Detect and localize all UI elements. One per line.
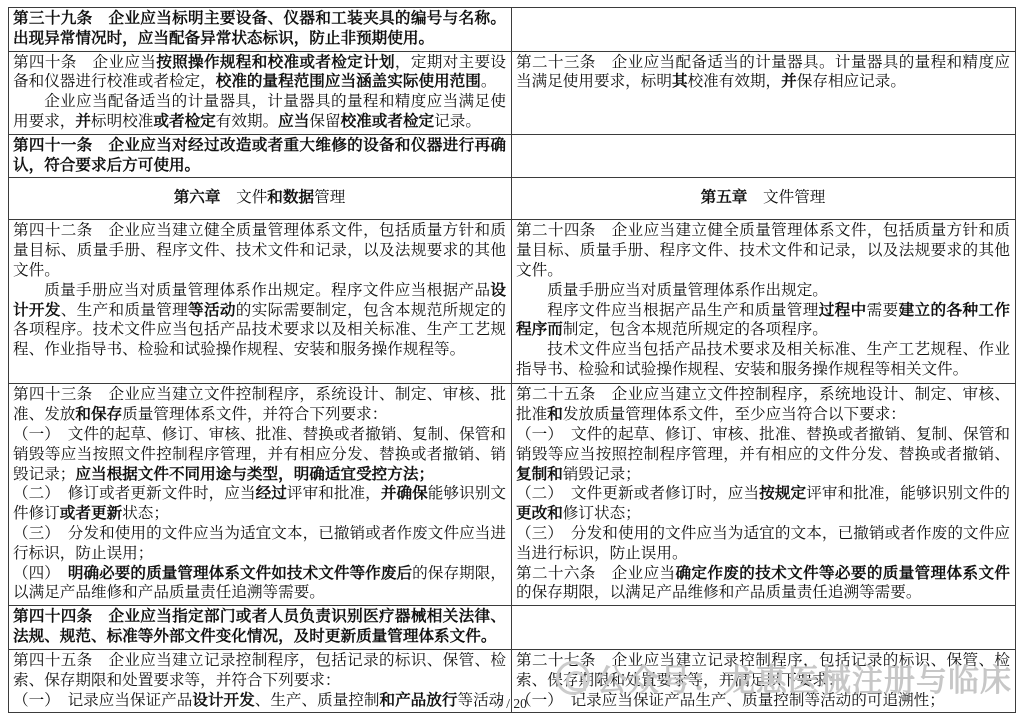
page-number: 7 / 20 [0,696,1023,712]
changed-text: 第三十九条 企业应当标明主要设备、仪器和工装夹具的编号与名称。出现异常情况时，应… [13,10,506,47]
changed-text: 等活动 [188,302,236,319]
table-row: 第四十四条 企业应当指定部门或者人员负责识别医疗器械相关法律、法规、规范、标准等… [9,606,1016,650]
text: 校准有效期， [688,73,782,90]
table-row: 第三十九条 企业应当标明主要设备、仪器和工装夹具的编号与名称。出现异常情况时，应… [9,8,1016,52]
paragraph: 质量手册应当对质量管理体系作出规定。 [516,281,1010,301]
cell-left: 第四十条 企业应当按照操作规程和校准或者检定计划，定期对主要设备和仪器进行校准或… [9,51,512,134]
paragraph: （二） 文件更新或者修订时，应当按规定评审和批准，能够识别文件的更改和修订状态； [516,484,1010,524]
changed-text: 第五章 [701,189,748,206]
paragraph: 第四十条 企业应当按照操作规程和校准或者检定计划，定期对主要设备和仪器进行校准或… [13,53,506,93]
paragraph: （一） 文件的起草、修订、审核、批准、替换或者撤销、复制、保管和销毁等应当按照文… [13,425,506,484]
paragraph: 第四十三条 企业应当建立文件控制程序，系统设计、制定、审核、批准、发放和保存质量… [13,385,506,425]
text: 文件管理 [747,189,825,206]
cell-left: 第三十九条 企业应当标明主要设备、仪器和工装夹具的编号与名称。出现异常情况时，应… [9,8,512,52]
paragraph: 第二十四条 企业应当建立健全质量管理体系文件，包括质量方针和质量目标、质量手册、… [516,221,1010,280]
paragraph: 质量手册应当对质量管理体系作出规定。程序文件应当根据产品设计开发、生产和质量管理… [13,281,506,360]
text: 记录。 [434,113,481,130]
text: 管理 [314,189,345,206]
changed-text: 并 [75,113,91,130]
cell-left: 第四十三条 企业应当建立文件控制程序，系统设计、制定、审核、批准、发放和保存质量… [9,384,512,606]
cell-right: 第二十五条 企业应当建立文件控制程序，系统地设计、制定、审核、批准和发放质量管理… [512,384,1016,606]
changed-text: 和数据 [267,189,314,206]
text: 质量管理体系文件，并符合下列要求： [122,406,387,423]
chapter-title: 第五章 文件管理 [516,188,1010,208]
changed-text: 过程中 [819,302,867,319]
text: 修订状态； [563,505,641,522]
changed-text: 或者检定 [153,113,215,130]
changed-text: 和保存 [75,406,122,423]
paragraph: （三） 分发和使用的文件应当为适宜的文本，已撤销或者作废的文件应当进行标识，防止… [516,524,1010,564]
text: 质量手册应当对质量管理体系作出规定。 [547,282,828,299]
paragraph: 程序文件应当根据产品生产和质量管理过程中需要建立的各种工作程序而制定，包含本规范… [516,301,1010,341]
text: 第四十二条 企业应当建立健全质量管理体系文件，包括质量方针和质量目标、质量手册、… [13,222,506,279]
paragraph: 技术文件应当包括产品技术要求及相关标准、生产工艺规程、作业指导书、检验和试验操作… [516,340,1010,380]
cell-right [512,606,1016,650]
paragraph: （一） 文件的起草、修订、审核、批准、替换或者撤销、复制、保管和销毁等应当按照控… [516,425,1010,484]
text: 的保存期限，以满足产品维修和产品质量责任追溯等需要。 [516,584,921,601]
table-row: 第四十条 企业应当按照操作规程和校准或者检定计划，定期对主要设备和仪器进行校准或… [9,51,1016,134]
paragraph: 第四十四条 企业应当指定部门或者人员负责识别医疗器械相关法律、法规、规范、标准等… [13,607,506,647]
paragraph: 企业应当配备适当的计量器具，计量器具的量程和精度应当满足使用要求，并标明校准或者… [13,92,506,132]
comparison-table: 第三十九条 企业应当标明主要设备、仪器和工装夹具的编号与名称。出现异常情况时，应… [8,7,1016,713]
text: 发放质量管理体系文件，至少应当符合以下要求： [563,406,906,423]
changed-text: 并确保 [381,485,428,502]
table-row: 第四十三条 企业应当建立文件控制程序，系统设计、制定、审核、批准、发放和保存质量… [9,384,1016,606]
text: 质量手册应当对质量管理体系作出规定。程序文件应当根据产品 [44,282,490,299]
paragraph: 第二十七条 企业应当建立记录控制程序，包括记录的标识、保管、检索、保存期限和处置… [516,651,1010,691]
paragraph: 第四十五条 企业应当建立记录控制程序，包括记录的标识、保管、检索、保存期限和处置… [13,651,506,691]
text: 第二十六条 企业应当 [516,565,675,582]
chapter-title: 第六章 文件和数据管理 [13,188,506,208]
text: 标明校准 [91,113,153,130]
changed-text: 复制和 [516,466,563,483]
text: 程序文件应当根据产品生产和质量管理 [547,302,819,319]
text: 保存相应记录。 [797,73,906,90]
text: 文件 [221,189,268,206]
changed-text: 按照操作规程和校准或者检定计划 [156,54,395,71]
cell-right [512,8,1016,52]
cell-left: 第六章 文件和数据管理 [9,178,512,220]
paragraph: （二） 修订或者更新文件时，应当经过评审和批准，并确保能够识别文件修订或者更新状… [13,484,506,524]
changed-text: 或者更新 [60,505,122,522]
text: 第四十条 企业应当 [13,54,156,71]
text: （二） 文件更新或者修订时，应当 [516,485,759,502]
text: 第二十四条 企业应当建立健全质量管理体系文件，包括质量方针和质量目标、质量手册、… [516,222,1010,279]
text: 状态； [122,505,169,522]
text: 技术文件应当包括产品技术要求及相关标准、生产工艺规程、作业指导书、检验和试验操作… [516,341,1010,378]
changed-text: 更改和 [516,505,563,522]
changed-text: 应当 [278,113,309,130]
table-row: 第四十一条 企业应当对经过改造或者重大维修的设备和仪器进行再确认，符合要求后方可… [9,134,1016,178]
text: 制定，包含本规范所规定的各项程序。 [563,321,828,338]
text: 需要 [867,302,899,319]
changed-text: 应当根据文件不同用途与类型，明确适宜受控方法； [75,466,434,483]
paragraph: 第二十六条 企业应当确定作废的技术文件等必要的质量管理体系文件的保存期限，以满足… [516,564,1010,604]
changed-text: 和 [547,406,563,423]
text: 保留 [309,113,340,130]
changed-text: 校准或者检定 [341,113,435,130]
text: （三） 分发和使用的文件应当为适宜的文本，已撤销或者作废的文件应当进行标识，防止… [516,525,1010,562]
cell-left: 第四十四条 企业应当指定部门或者人员负责识别医疗器械相关法律、法规、规范、标准等… [9,606,512,650]
text: 第二十七条 企业应当建立记录控制程序，包括记录的标识、保管、检索、保存期限和处置… [516,652,1010,689]
paragraph: （四） 明确必要的质量管理体系文件如技术文件等作废后的保存期限，以满足产品维修和… [13,564,506,604]
text: 评审和批准，能够识别文件的 [806,485,1010,502]
cell-right: 第二十四条 企业应当建立健全质量管理体系文件，包括质量方针和质量目标、质量手册、… [512,220,1016,384]
paragraph: 第四十一条 企业应当对经过改造或者重大维修的设备和仪器进行再确认，符合要求后方可… [13,136,506,176]
comparison-table-body: 第三十九条 企业应当标明主要设备、仪器和工装夹具的编号与名称。出现异常情况时，应… [9,8,1016,713]
changed-text: 第四十四条 企业应当指定部门或者人员负责识别医疗器械相关法律、法规、规范、标准等… [13,608,506,645]
paragraph: 第二十三条 企业应当配备适当的计量器具。计量器具的量程和精度应当满足使用要求，标… [516,53,1010,93]
changed-text: 按规定 [759,485,806,502]
text: （四） [13,565,68,582]
table-row: 第四十二条 企业应当建立健全质量管理体系文件，包括质量方针和质量目标、质量手册、… [9,220,1016,384]
chapter-row: 第六章 文件和数据管理第五章 文件管理 [9,178,1016,220]
text: 、生产和质量管理 [61,302,188,319]
changed-text: 校准的量程范围应当涵盖实际使用范围 [216,73,481,90]
paragraph: 第三十九条 企业应当标明主要设备、仪器和工装夹具的编号与名称。出现异常情况时，应… [13,9,506,49]
changed-text: 确定作废的技术文件等必要的质量管理体系文件 [675,565,1010,582]
text: 第四十五条 企业应当建立记录控制程序，包括记录的标识、保管、检索、保存期限和处置… [13,652,506,689]
text: 销毁记录； [563,466,641,483]
cell-right [512,134,1016,178]
changed-text: 第四十一条 企业应当对经过改造或者重大维修的设备和仪器进行再确认，符合要求后方可… [13,137,506,174]
text: 评审和批准， [287,485,381,502]
paragraph: 第四十二条 企业应当建立健全质量管理体系文件，包括质量方针和质量目标、质量手册、… [13,221,506,280]
paragraph: 第二十五条 企业应当建立文件控制程序，系统地设计、制定、审核、批准和发放质量管理… [516,385,1010,425]
cell-left: 第四十一条 企业应当对经过改造或者重大维修的设备和仪器进行再确认，符合要求后方可… [9,134,512,178]
text: （三） 分发和使用的文件应当为适宜文本，已撤销或者作废文件应当进行标识，防止误用… [13,525,506,562]
text: （二） 修订或者更新文件时，应当 [13,485,256,502]
changed-text: 经过 [256,485,287,502]
changed-text: 其 [672,73,688,90]
cell-right: 第五章 文件管理 [512,178,1016,220]
cell-right: 第二十三条 企业应当配备适当的计量器具。计量器具的量程和精度应当满足使用要求，标… [512,51,1016,134]
text: 。 [481,73,497,90]
cell-left: 第四十二条 企业应当建立健全质量管理体系文件，包括质量方针和质量目标、质量手册、… [9,220,512,384]
changed-text: 并 [781,73,797,90]
changed-text: 明确必要的质量管理体系文件如技术文件等作废后 [68,565,412,582]
text: （一） 文件的起草、修订、审核、批准、替换或者撤销、复制、保管和销毁等应当按照控… [516,426,1010,463]
text: 有效期。 [216,113,278,130]
paragraph: （三） 分发和使用的文件应当为适宜文本，已撤销或者作废文件应当进行标识，防止误用… [13,524,506,564]
changed-text: 第六章 [174,189,221,206]
